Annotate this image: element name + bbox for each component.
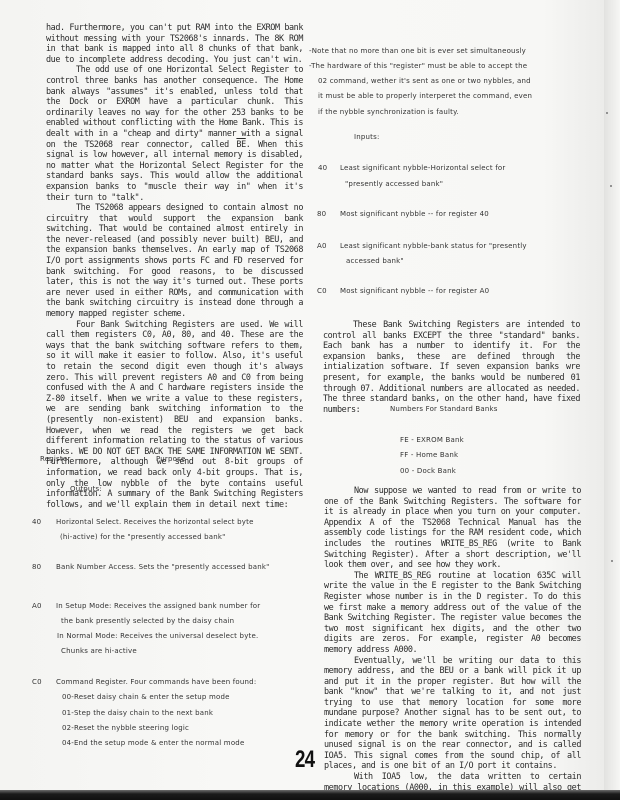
register-purpose: the bank presently selected by the daisy… bbox=[61, 617, 234, 625]
register-purpose: (hi-active) for the "presently accessed … bbox=[60, 533, 226, 541]
command-item: 01-Step the daisy chain to the next bank bbox=[62, 709, 213, 717]
paragraph: Eventually, we'll be writing our data to… bbox=[324, 655, 581, 772]
register-purpose: Most significant nybble -- for register … bbox=[340, 210, 489, 218]
register-code: 80 bbox=[317, 210, 326, 218]
register-note: -Note that no more than one bit is ever … bbox=[309, 47, 526, 55]
register-purpose: In Normal Mode: Receives the universal d… bbox=[57, 632, 258, 640]
register-purpose: Most significant nybble -- for register … bbox=[340, 287, 489, 295]
right-article-intro: These Bank Switching Registers are inten… bbox=[323, 319, 580, 414]
inputs-label: Inputs: bbox=[354, 133, 380, 141]
register-purpose: Horizontal Select. Receives the horizont… bbox=[56, 518, 254, 526]
standard-banks-title: Numbers For Standard Banks bbox=[390, 405, 498, 413]
command-item: 02-Reset the nybble steering logic bbox=[62, 724, 189, 732]
register-purpose: Chunks are hi-active bbox=[61, 647, 137, 655]
paragraph: These Bank Switching Registers are inten… bbox=[323, 319, 580, 414]
register-code: 80 bbox=[32, 563, 41, 571]
register-purpose: Least significant nybble-Horizontal sele… bbox=[340, 164, 505, 172]
register-note: if the nybble synchronization is faulty. bbox=[318, 108, 459, 116]
command-item: 00-Reset daisy chain & enter the setup m… bbox=[62, 693, 230, 701]
paragraph: Now suppose we wanted to read from or wr… bbox=[324, 485, 581, 570]
scan-speck bbox=[611, 560, 613, 562]
paragraph: Four Bank Switching Registers are used. … bbox=[46, 319, 303, 510]
standard-bank-item: FE - EXROM Bank bbox=[400, 436, 464, 444]
page-number: 24 bbox=[295, 746, 314, 774]
register-note: -The hardware of this "register" must be… bbox=[309, 62, 527, 70]
page-edge-shadow bbox=[604, 0, 620, 790]
command-item: 04-End the setup mode & enter the normal… bbox=[62, 739, 244, 747]
register-code: C0 bbox=[317, 287, 327, 295]
register-note: it must be able to properly interperet t… bbox=[318, 92, 532, 100]
right-article-column: Now suppose we wanted to read from or wr… bbox=[324, 485, 581, 800]
register-purpose: In Setup Mode: Receives the assigned ban… bbox=[56, 602, 260, 610]
scan-speck bbox=[606, 112, 608, 114]
register-note: 02 command, wether it's sent as one or t… bbox=[318, 77, 531, 85]
paragraph: The WRITE_BS_REG routine at location 635… bbox=[324, 570, 581, 655]
scan-bottom-border bbox=[0, 790, 620, 800]
paragraph: had. Furthermore, you can't put RAM into… bbox=[46, 22, 303, 64]
register-code: 40 bbox=[318, 164, 327, 172]
register-purpose: accessed bank" bbox=[346, 257, 404, 265]
scan-speck bbox=[610, 185, 612, 187]
paragraph: The odd use of one Horizontal Select Reg… bbox=[46, 64, 303, 202]
outputs-label: Outputs: bbox=[70, 485, 102, 493]
routine-name: WRITE_BS_REG bbox=[441, 538, 497, 548]
paragraph: The TS2068 appears designed to contain a… bbox=[46, 202, 303, 319]
standard-bank-item: 00 - Dock Bank bbox=[400, 467, 456, 475]
register-code: A0 bbox=[32, 602, 42, 610]
be-signal-name: BE bbox=[236, 139, 245, 149]
register-purpose: Command Register. Four commands have bee… bbox=[56, 678, 256, 686]
register-code: C0 bbox=[32, 678, 42, 686]
register-purpose: "presently accessed bank" bbox=[345, 180, 443, 188]
register-code: 40 bbox=[32, 518, 41, 526]
standard-bank-item: FF - Home Bank bbox=[400, 451, 458, 459]
register-purpose: Bank Number Access. Sets the "presently … bbox=[56, 563, 270, 571]
register-code: A0 bbox=[317, 242, 327, 250]
column-header-purpose: Purpose bbox=[156, 455, 186, 463]
register-purpose: Least significant nybble-bank status for… bbox=[340, 242, 527, 250]
left-article-column: had. Furthermore, you can't put RAM into… bbox=[46, 22, 303, 509]
routine-name: WRITE_BS_REG bbox=[375, 570, 431, 580]
column-header-register: Register bbox=[40, 455, 70, 463]
